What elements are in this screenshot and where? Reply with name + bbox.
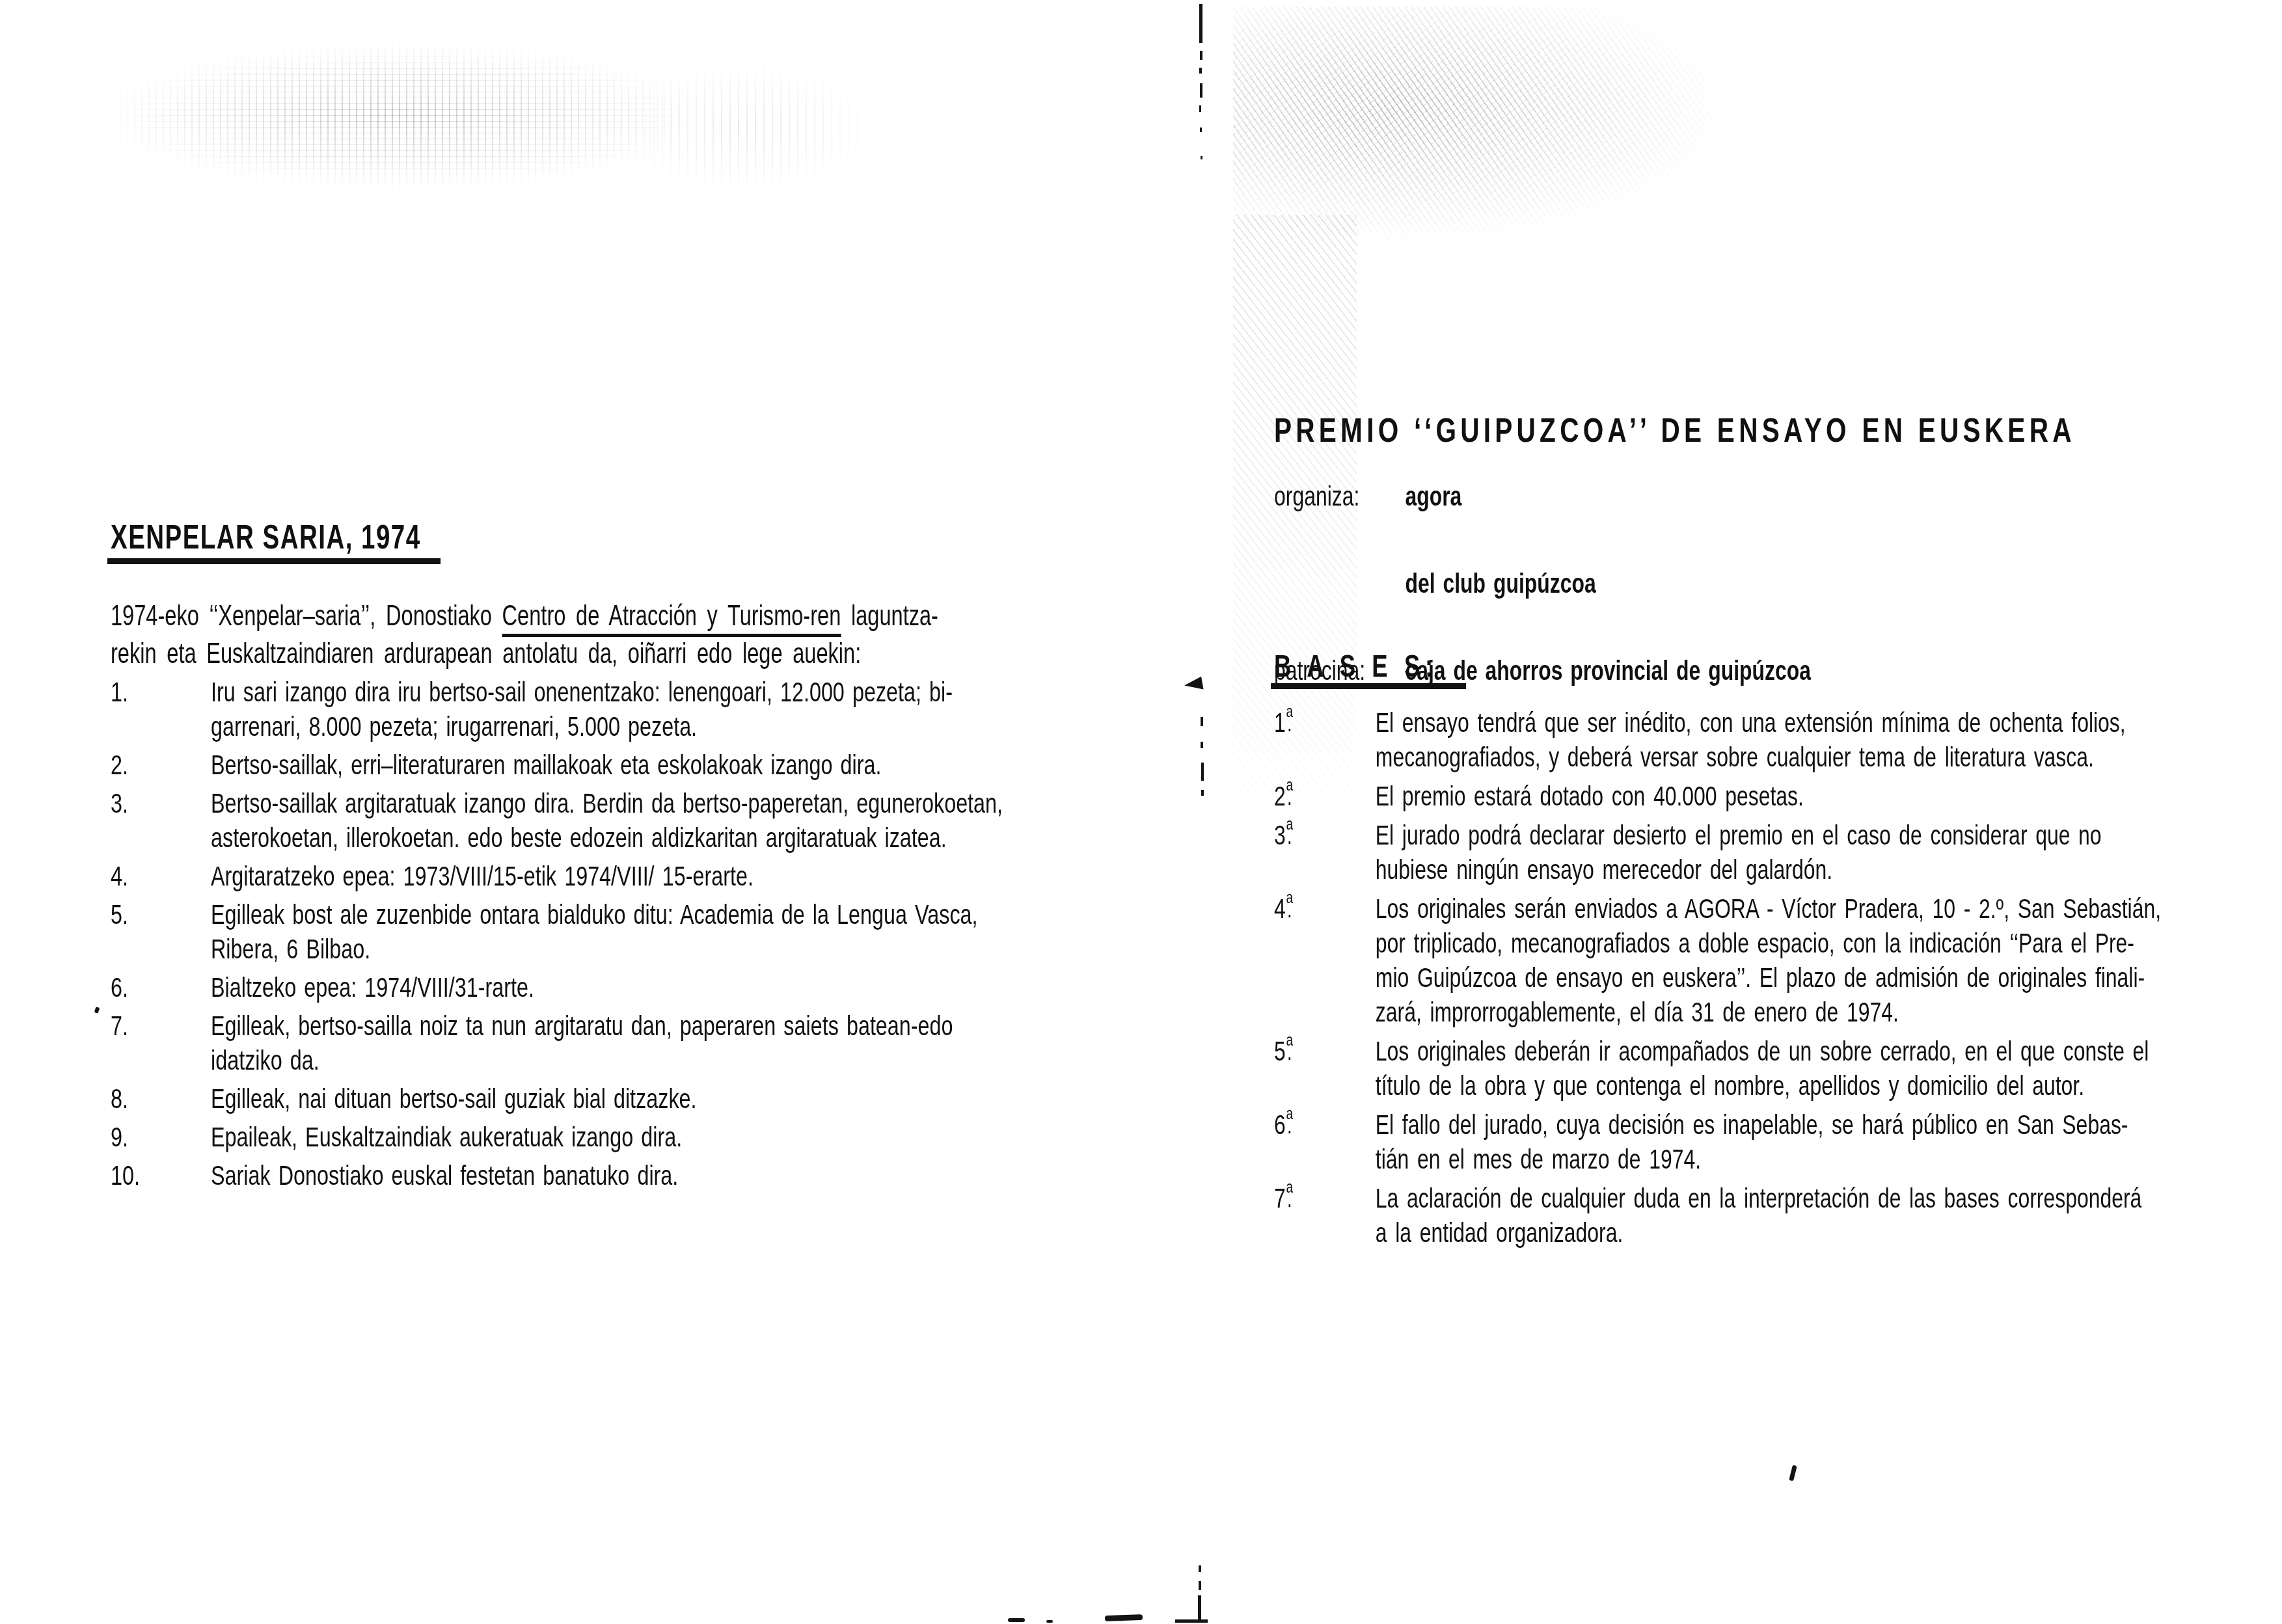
fold-line-mark [1199,68,1202,74]
base-item: 5a. Los originales deberán ir acompañado… [1274,1034,2273,1103]
list-item-text: Bertso-saillak, erri–literaturaren maill… [211,748,1163,782]
list-item-text: Egilleak bost ale zuzenbide ontara biald… [211,897,1163,966]
scan-speck [94,1007,100,1014]
ordinal-suffix: a. [1286,1107,1294,1131]
fold-line-mark [1201,156,1202,159]
list-item-text: Iru sari izango dira iru bertso-sail one… [211,675,1163,744]
fold-line-mark [1200,51,1202,60]
ordinal-number: 6 [1274,1109,1286,1140]
fold-line-mark [1198,1595,1201,1621]
fold-line-mark [1199,1565,1201,1572]
list-item: 3.Bertso-saillak argitaratuak izango dir… [111,786,1188,855]
intro-paragraph: 1974-eko ‘‘Xenpelar–saria’’, Donostiako … [111,597,1141,673]
ordinal-sup-dot: . [1287,1047,1292,1057]
base-item-ordinal: 4a. [1274,891,1376,1029]
intro-line-2: rekin eta Euskaltzaindiaren ardurapean a… [111,635,1141,673]
ordinal-sup-dot: . [1287,1120,1292,1131]
base-item: 1a. El ensayo tendrá que ser inédito, co… [1274,705,2273,774]
fold-line-mark [1201,790,1204,796]
base-item-text: Los originales serán enviados a AGORA - … [1376,891,2273,1029]
ordinal-number: 1 [1274,707,1286,738]
scanned-document: { "left_page": { "title": "XENPELAR SARI… [0,0,2282,1624]
list-item-number: 10. [111,1158,211,1193]
fold-base-mark [1175,1619,1208,1623]
list-item: 9.Epaileak, Euskaltzaindiak aukeratuak i… [111,1120,1188,1154]
ordinal-number: 2 [1274,781,1286,811]
list-item-number: 8. [111,1081,211,1116]
base-item-ordinal: 6a. [1274,1107,1376,1176]
ordinal-suffix: a. [1286,705,1294,729]
base-item: 2a. El premio estará dotado con 40.000 p… [1274,779,2273,813]
base-item: 6a. El fallo del jurado, cuya decisión e… [1274,1107,2273,1176]
fold-line-mark [1199,105,1201,112]
base-item-text: La aclaración de cualquier duda en la in… [1376,1181,2273,1250]
list-item-number: 6. [111,970,211,1005]
organiza-value-2: del club guipúzcoa [1405,566,1596,601]
list-item-number: 3. [111,786,211,855]
base-item-text: El premio estará dotado con 40.000 peset… [1376,779,2273,813]
list-item-text: Egilleak, nai dituan bertso-sail guziak … [211,1081,1163,1116]
scan-noise-top-left-halo [586,39,976,234]
ordinal-suffix: a. [1286,779,1294,802]
list-item-text: Bialtzeko epea: 1974/VIII/31-rarte. [211,970,1163,1005]
organiza-label-spacer [1274,566,1405,601]
intro-line-1: 1974-eko ‘‘Xenpelar–saria’’, Donostiako … [111,597,1141,635]
organiza-value: agora [1405,479,1461,513]
base-item-ordinal: 1a. [1274,705,1376,774]
list-item: 10.Sariak Donostiako euskal festetan ban… [111,1158,1188,1193]
ordinal-suffix: a. [1286,891,1294,915]
base-item-text: El ensayo tendrá que ser inédito, con un… [1376,705,2273,774]
organiza-row-2: del club guipúzcoa [1274,566,2282,601]
scan-noise-top-right [1233,7,2131,371]
base-item-ordinal: 5a. [1274,1034,1376,1103]
fold-line-mark [1200,83,1202,98]
base-item-ordinal: 7a. [1274,1181,1376,1250]
list-item: 8.Egilleak, nai dituan bertso-sail guzia… [111,1081,1188,1116]
list-item-text: Argitaratzeko epea: 1973/VIII/15-etik 19… [211,859,1163,893]
right-page-title: PREMIO ‘‘GUIPUZCOA’’ DE ENSAYO EN EUSKER… [1274,414,2076,448]
fold-line-mark [1199,4,1202,43]
base-item-ordinal: 2a. [1274,779,1376,813]
rules-list-basque: 1.Iru sari izango dira iru bertso-sail o… [111,675,1188,1197]
list-item: 1.Iru sari izango dira iru bertso-sail o… [111,675,1188,744]
ordinal-suffix: a. [1286,1034,1294,1057]
fold-line-mark [1200,128,1202,132]
list-item-number: 1. [111,675,211,744]
ordinal-sup-dot: . [1287,718,1292,729]
bases-heading-underline [1271,683,1466,689]
scan-smudge [1008,1618,1025,1622]
base-item-text: El jurado podrá declarar desierto el pre… [1376,818,2273,887]
fold-line-mark [1201,717,1203,726]
ordinal-sup-dot: . [1287,1194,1292,1204]
list-item: 6.Bialtzeko epea: 1974/VIII/31-rarte. [111,970,1188,1005]
fold-line-mark [1201,742,1203,748]
scan-noise-top-left [91,20,833,221]
ordinal-sup-dot: . [1287,792,1292,802]
list-item-number: 9. [111,1120,211,1154]
ordinal-number: 3 [1274,820,1286,850]
list-item-text: Egilleak, bertso-sailla noiz ta nun argi… [211,1008,1163,1077]
base-item-text: Los originales deberán ir acompañados de… [1376,1034,2273,1103]
ordinal-suffix: a. [1286,1181,1294,1204]
ordinal-sup-dot: . [1287,831,1292,841]
scan-smudge [1105,1614,1143,1621]
list-item-text: Sariak Donostiako euskal festetan banatu… [211,1158,1163,1193]
list-item-text: Epaileak, Euskaltzaindiak aukeratuak iza… [211,1120,1163,1154]
ordinal-sup-dot: . [1287,904,1292,915]
bases-list-spanish: 1a. El ensayo tendrá que ser inédito, co… [1274,705,2273,1254]
ordinal-number: 4 [1274,893,1286,924]
list-item: 5.Egilleak bost ale zuzenbide ontara bia… [111,897,1188,966]
left-title-underline [107,558,441,564]
organiza-row: organiza: agora [1274,479,2282,513]
bases-heading: B A S E S: [1274,651,1438,683]
list-item: 2.Bertso-saillak, erri–literaturaren mai… [111,748,1188,782]
base-item-text: El fallo del jurado, cuya decisión es in… [1376,1107,2273,1176]
base-item: 3a. El jurado podrá declarar desierto el… [1274,818,2273,887]
stray-apostrophe-mark [1789,1465,1797,1482]
fold-line-mark [1199,1581,1201,1590]
ordinal-number: 5 [1274,1036,1286,1066]
list-item-text: Bertso-saillak argitaratuak izango dira.… [211,786,1163,855]
left-page-title: XENPELAR SARIA, 1974 [111,521,421,554]
intro-text: laguntza- [841,600,938,632]
base-item: 4a. Los originales serán enviados a AGOR… [1274,891,2273,1029]
list-item-number: 2. [111,748,211,782]
ordinal-number: 7 [1274,1183,1286,1213]
list-item-number: 5. [111,897,211,966]
organiza-label: organiza: [1274,479,1405,513]
base-item-ordinal: 3a. [1274,818,1376,887]
list-item: 7.Egilleak, bertso-sailla noiz ta nun ar… [111,1008,1188,1077]
scan-smudge [1046,1620,1053,1623]
intro-text: 1974-eko ‘‘Xenpelar–saria’’, Donostiako [111,600,502,632]
list-item-number: 4. [111,859,211,893]
base-item: 7a. La aclaración de cualquier duda en l… [1274,1181,2273,1250]
intro-underlined-phrase: Centro de Atracción y Turismo-ren [502,600,841,637]
list-item: 4.Argitaratzeko epea: 1973/VIII/15-etik … [111,859,1188,893]
list-item-number: 7. [111,1008,211,1077]
ordinal-suffix: a. [1286,818,1294,841]
fold-line-mark [1201,763,1204,781]
